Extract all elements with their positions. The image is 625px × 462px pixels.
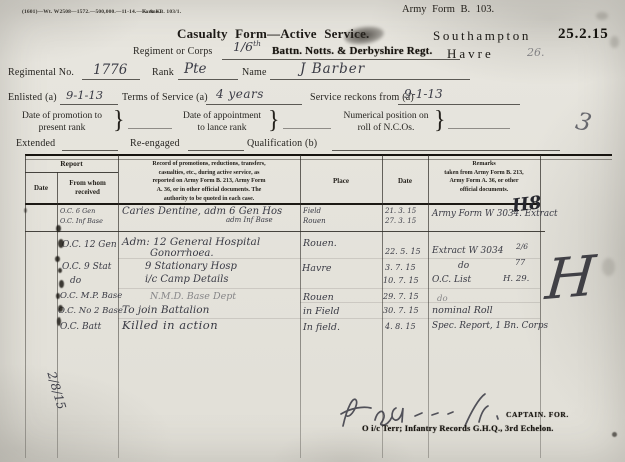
table-row-record: To join Battalion: [122, 304, 209, 316]
date2-column-header: Date: [382, 177, 428, 185]
appointment-label: Date of appointment to lance rank: [172, 111, 272, 135]
rank-value: Pte: [184, 61, 207, 77]
captain-stamp: CAPTAIN. FOR.: [506, 410, 569, 419]
margin-pencil-numeral: 3: [573, 107, 594, 138]
table-row-record: 9 Stationary Hosp: [145, 261, 237, 272]
from-whom-column-header: From whom received: [57, 179, 118, 197]
regiment-label: Regiment or Corps: [133, 46, 213, 57]
regimental-no-value: 1776: [93, 62, 127, 78]
regiment-number-handwritten: 1/6th: [233, 39, 261, 54]
extended-label: Extended: [16, 138, 55, 149]
table-row-remarks: do: [458, 261, 469, 271]
form-title: Casualty Form—Active Service.: [177, 26, 370, 42]
brace-glyph: }: [434, 106, 446, 134]
army-form-number: Army Form B. 103.: [402, 4, 494, 15]
forms-reference: Forms B. 103/1.: [142, 9, 181, 15]
table-row-date: 3. 7. 15: [385, 263, 416, 272]
port-stamp-date: 25.2.15: [558, 26, 609, 43]
table-row-remarks: nominal Roll: [432, 305, 493, 316]
table-row-remarks: O.C. List: [432, 275, 471, 285]
table-row-place: Havre: [302, 263, 331, 274]
table-row-date: 21. 3. 15 27. 3. 15: [385, 206, 416, 226]
table-row-date: 10. 7. 15: [383, 276, 419, 285]
terms-label: Terms of Service (a): [122, 92, 208, 103]
qualification-label: Qualification (b): [247, 138, 317, 149]
table-row-place: Rouen: [303, 292, 334, 303]
date-column-header: Date: [25, 184, 57, 192]
record-column-header: Record of promotions, reductions, transf…: [121, 160, 297, 203]
promotion-label: Date of promotion to present rank: [12, 111, 112, 135]
enlisted-label: Enlisted (a): [8, 92, 57, 103]
name-value: J Barber: [300, 61, 365, 77]
table-row-from: O.C. 9 Stat: [62, 262, 111, 272]
table-row-from: O.C. 12 Gen: [62, 240, 117, 250]
regiment-stamp: Battn. Notts. & Derbyshire Regt.: [272, 45, 432, 57]
base-stamp: Havre: [447, 46, 494, 62]
table-row-record: Killed in action: [122, 318, 218, 332]
table-row-from: do: [70, 276, 81, 286]
table-row-remarks-extra: 77: [515, 258, 525, 267]
table-row-date: 30. 7. 15: [383, 306, 419, 315]
table-row-date: 4. 8. 15: [385, 322, 416, 331]
margin-pencil-date: 2/8/15: [45, 370, 69, 411]
table-row-record-line2: Gonorrhoea.: [150, 248, 214, 259]
table-row-date: 29. 7. 15: [383, 292, 419, 301]
terms-value: 4 years: [216, 87, 264, 101]
table-row-record: N.M.D. Base Dept: [150, 291, 236, 302]
table-row-record: i/c Camp Details: [145, 274, 228, 285]
enlisted-value: 9-1-13: [66, 88, 103, 102]
place-column-header: Place: [300, 177, 382, 185]
regimental-no-label: Regimental No.: [8, 67, 74, 78]
infantry-records-stamp: O i/c Terr; Infantry Records G.H.Q., 3rd…: [362, 423, 554, 433]
table-row-from: O.C. 6 Gen O.C. Inf Base: [60, 207, 103, 227]
table-row-date: 22. 5. 15: [385, 247, 421, 256]
table-row-record-line2: adm Inf Base: [226, 216, 273, 224]
brace-glyph: }: [113, 106, 125, 134]
brace-glyph: }: [268, 106, 280, 134]
table-row-from: O.C. M.P. Base: [60, 291, 122, 301]
report-column-header: Report: [25, 159, 118, 168]
numerical-position-label: Numerical position on roll of N.C.Os.: [333, 111, 439, 135]
remarks-margin-mark: H8: [511, 192, 543, 216]
table-row-remarks: do: [437, 294, 448, 304]
table-row-from: O.C. Batt: [60, 322, 101, 332]
reckons-label: Service reckons from (a): [310, 92, 414, 103]
table-row-remarks-extra: H. 29.: [503, 274, 529, 284]
table-row-place: In field.: [303, 322, 340, 333]
table-row-from: O.C. No 2 Base: [58, 306, 123, 316]
table-row-remarks-extra: 2/6: [516, 242, 528, 251]
rank-label: Rank: [152, 67, 174, 78]
table-row-place: in Field: [303, 306, 340, 317]
table-row-record: Adm: 12 General Hospital: [122, 236, 260, 248]
name-label: Name: [242, 67, 267, 78]
reckons-value: 9-1-13: [404, 87, 443, 101]
table-row-remarks: Spec. Report, 1 Bn. Corps: [432, 321, 548, 331]
remarks-column-header: Remarks taken from Army Form B. 213, Arm…: [430, 160, 538, 195]
table-row-place: Field Rouen: [303, 206, 326, 226]
printer-imprint: (1601)—Wt. W2508—1572.—500,000.—11-14.—K…: [22, 9, 162, 15]
table-row-remarks: Extract W 3034: [432, 246, 503, 256]
casualty-form-document: (1601)—Wt. W2508—1572.—500,000.—11-14.—K…: [0, 0, 625, 462]
table-row-place: Rouen.: [303, 238, 337, 249]
reengaged-label: Re-engaged: [130, 138, 180, 149]
margin-monogram: H: [543, 244, 598, 313]
port-stamp: Southampton: [433, 28, 531, 44]
base-stamp-date: 26.: [527, 46, 545, 59]
